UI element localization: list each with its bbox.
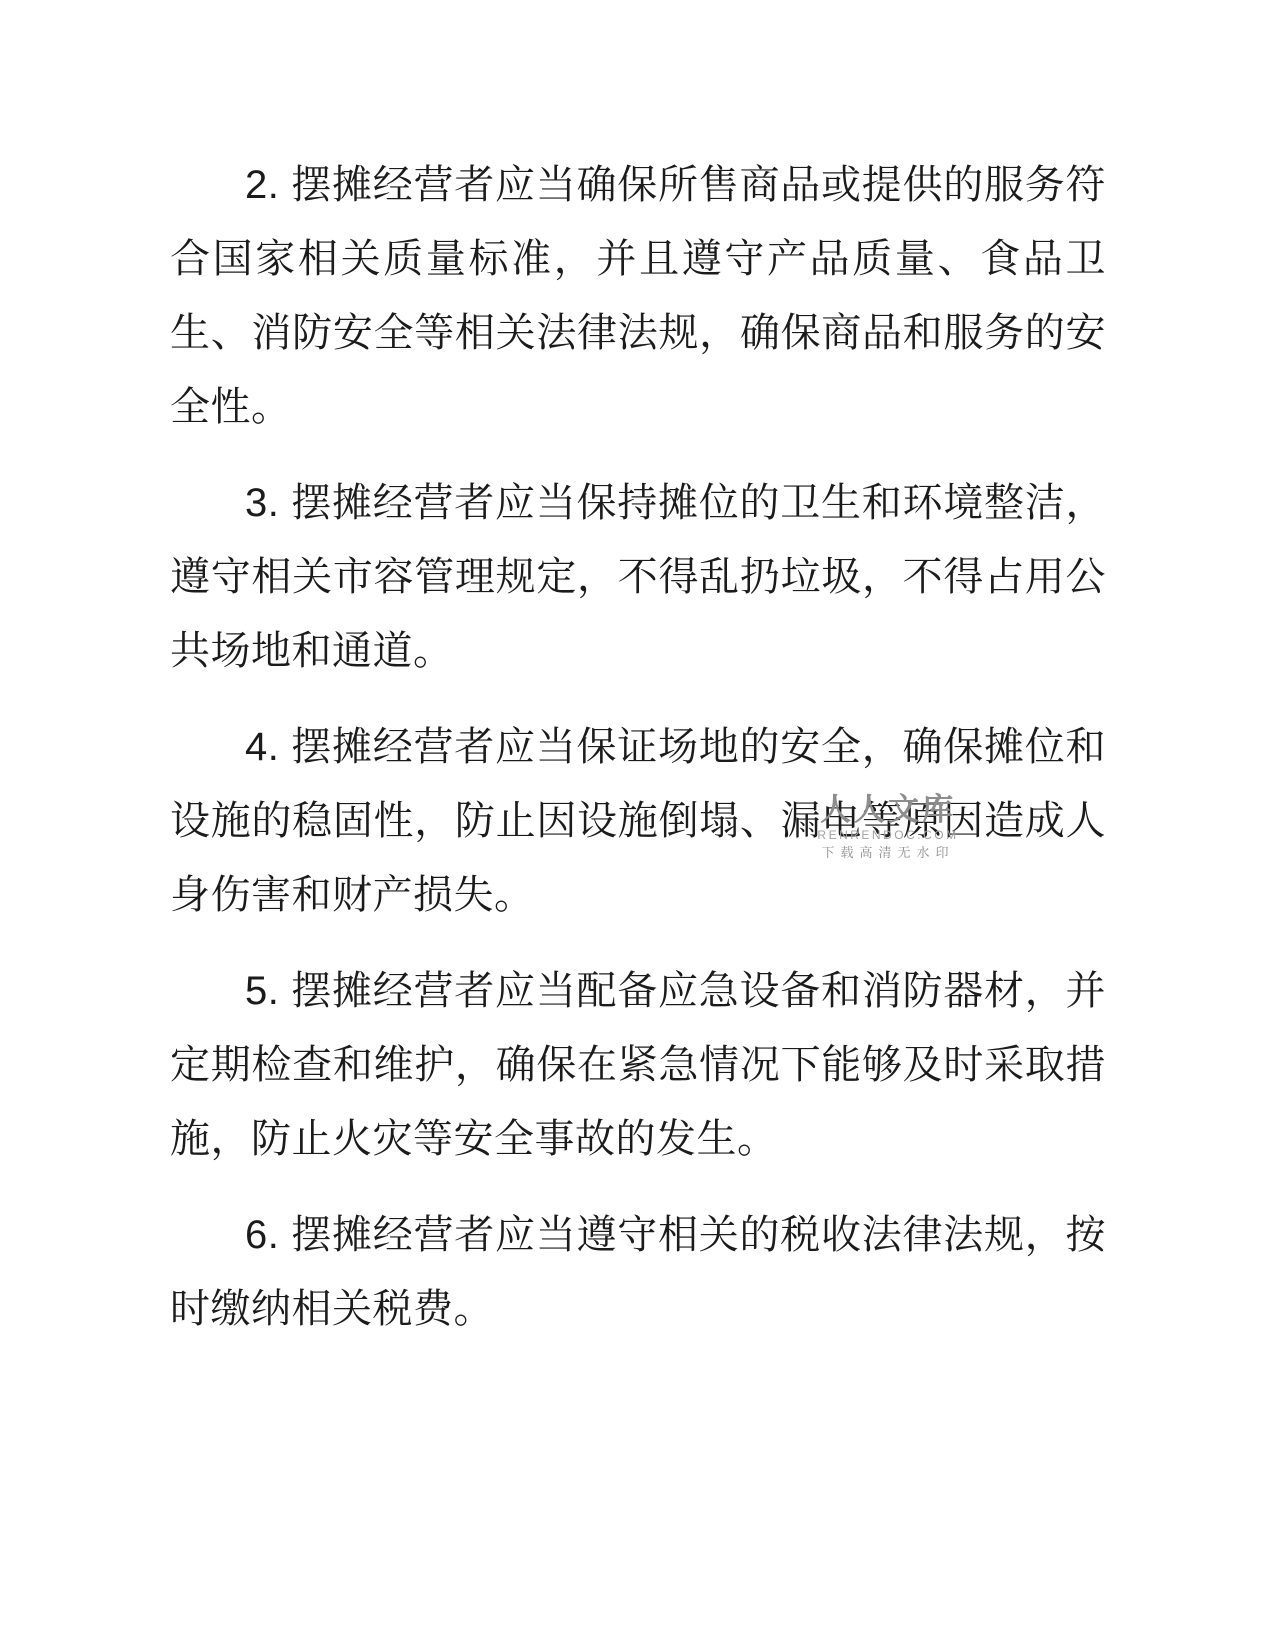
paragraph-clause-3: 3. 摆摊经营者应当保持摊位的卫生和环境整洁，遵守相关市容管理规定，不得乱扔垃圾… bbox=[170, 466, 1106, 688]
document-body: 2. 摆摊经营者应当确保所售商品或提供的服务符合国家相关质量标准，并且遵守产品质… bbox=[170, 148, 1106, 1368]
paragraph-clause-4: 4. 摆摊经营者应当保证场地的安全，确保摊位和设施的稳固性，防止因设施倒塌、漏电… bbox=[170, 710, 1106, 932]
document-page: 2. 摆摊经营者应当确保所售商品或提供的服务符合国家相关质量标准，并且遵守产品质… bbox=[0, 0, 1275, 1650]
paragraph-clause-2: 2. 摆摊经营者应当确保所售商品或提供的服务符合国家相关质量标准，并且遵守产品质… bbox=[170, 148, 1106, 444]
paragraph-clause-6: 6. 摆摊经营者应当遵守相关的税收法律法规，按时缴纳相关税费。 bbox=[170, 1198, 1106, 1346]
paragraph-clause-5: 5. 摆摊经营者应当配备应急设备和消防器材，并定期检查和维护，确保在紧急情况下能… bbox=[170, 954, 1106, 1176]
